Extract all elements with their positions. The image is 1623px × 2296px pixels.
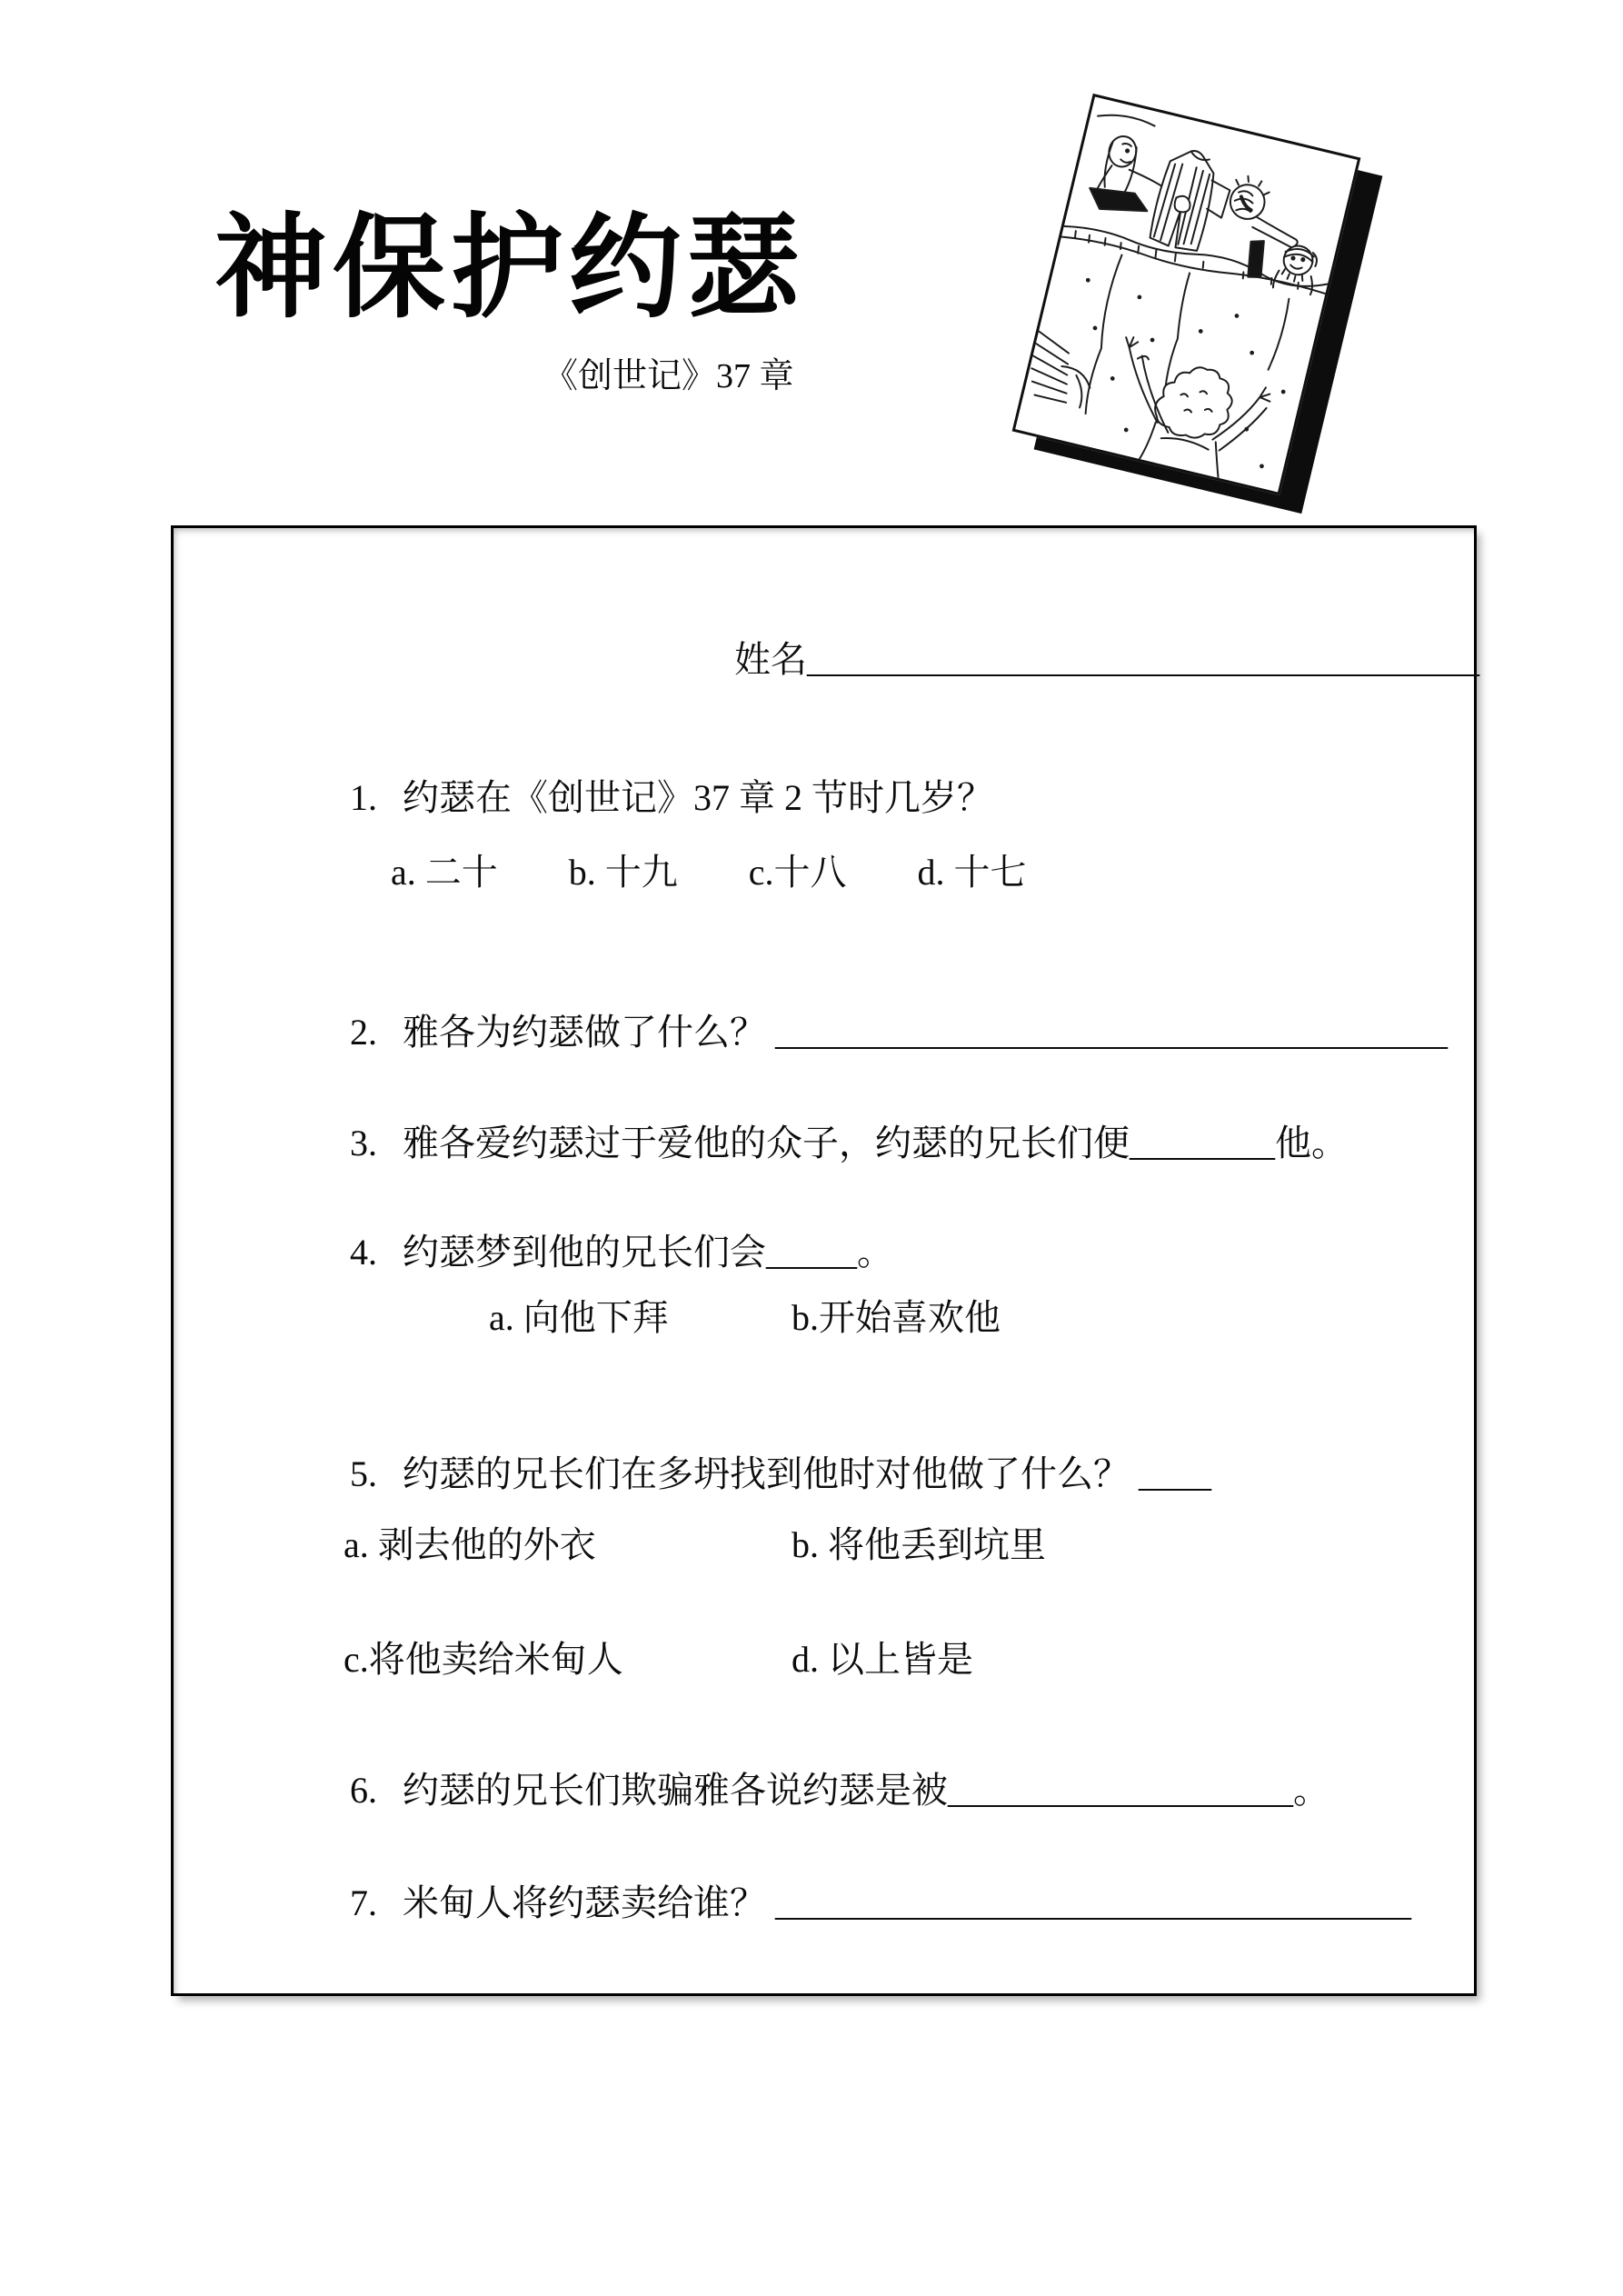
question-1-options: a. 二十 b. 十九 c.十八 d. 十七 (391, 850, 1027, 895)
name-blank-line: _____________________________________ (807, 639, 1479, 680)
question-6-text: 约瑟的兄长们欺骗雅各说约瑟是被___________________。 (403, 1770, 1329, 1811)
question-4-text: 约瑟梦到他的兄长们会_____。 (403, 1232, 893, 1273)
page-subtitle: 《创世记》37 章 (543, 356, 794, 398)
question-1-number: 1. (350, 775, 403, 821)
question-5-option-a: a. 剥去他的外衣 (344, 1522, 792, 1568)
question-1-option-c: c.十八 (749, 850, 847, 895)
question-4-option-b: b.开始喜欢他 (792, 1295, 1001, 1341)
question-5-number: 5. (350, 1452, 403, 1497)
question-7-number: 7. (350, 1881, 403, 1926)
question-3-text: 雅各爱约瑟过于爱他的众子，约瑟的兄长们便________他。 (403, 1123, 1348, 1163)
question-1-option-b: b. 十九 (569, 850, 678, 895)
name-field: 姓名_____________________________________ (680, 592, 1479, 728)
question-7: 7.米甸人将约瑟卖给谁？ ___________________________… (295, 1835, 1411, 1972)
question-3-number: 3. (350, 1121, 403, 1166)
worksheet-page: 神保护约瑟 《创世记》37 章 (0, 0, 1623, 2296)
question-6-number: 6. (350, 1768, 403, 1813)
question-2-number: 2. (350, 1010, 403, 1055)
joseph-pit-illustration (1049, 121, 1324, 468)
question-1: 1.约瑟在《创世记》37 章 2 节时几岁？ (295, 730, 993, 866)
name-label: 姓名 (734, 639, 807, 680)
question-5-option-c: c.将他卖给米甸人 (344, 1637, 792, 1682)
question-1-option-a: a. 二十 (391, 850, 498, 895)
question-5-option-b: b. 将他丢到坑里 (792, 1522, 1046, 1568)
question-2-text: 雅各为约瑟做了什么？ _____________________________… (403, 1012, 1448, 1053)
question-5-text: 约瑟的兄长们在多坍找到他时对他做了什么？ ____ (403, 1453, 1211, 1494)
question-1-text: 约瑟在《创世记》37 章 2 节时几岁？ (403, 777, 993, 818)
question-4-options: a. 向他下拜 b.开始喜欢他 (489, 1295, 1001, 1341)
question-5-option-d: d. 以上皆是 (792, 1637, 1046, 1682)
question-1-option-d: d. 十七 (918, 850, 1027, 895)
question-4-option-a: a. 向他下拜 (489, 1295, 792, 1341)
question-box: 姓名_____________________________________ … (171, 525, 1477, 1996)
question-7-text: 米甸人将约瑟卖给谁？ _____________________________… (403, 1882, 1411, 1923)
question-4-number: 4. (350, 1230, 403, 1275)
question-5-options: a. 剥去他的外衣 b. 将他丢到坑里 c.将他卖给米甸人 d. 以上皆是 (344, 1522, 1046, 1682)
page-title: 神保护约瑟 (214, 202, 805, 337)
